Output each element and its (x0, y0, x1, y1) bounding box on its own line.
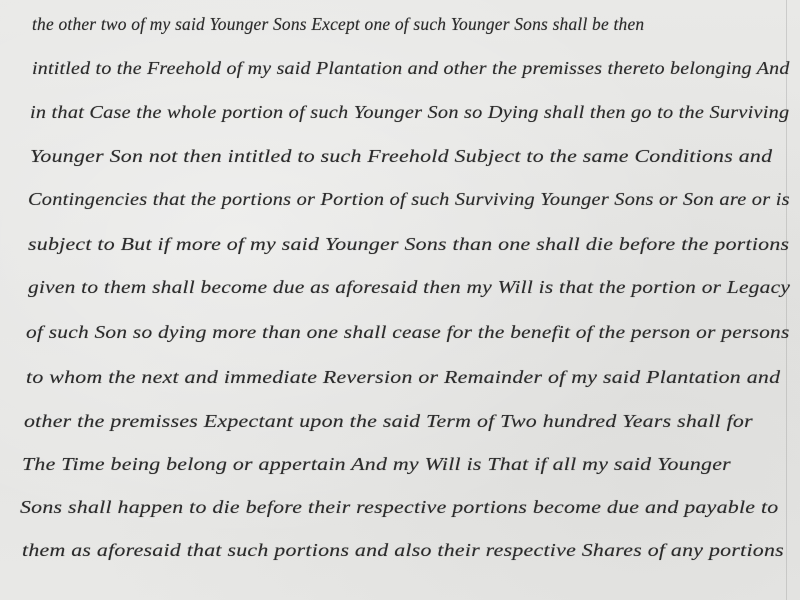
manuscript-line-4: Younger Son not then intitled to such Fr… (30, 146, 772, 167)
manuscript-line-6: subject to But if more of my said Younge… (28, 234, 789, 255)
manuscript-line-10: other the premisses Expectant upon the s… (24, 411, 753, 432)
manuscript-line-5: Contingencies that the portions or Porti… (28, 189, 790, 210)
manuscript-line-2: intitled to the Freehold of my said Plan… (32, 58, 790, 79)
manuscript-line-8: of such Son so dying more than one shall… (26, 322, 790, 343)
manuscript-line-11: The Time being belong or appertain And m… (22, 454, 731, 475)
manuscript-line-3: in that Case the whole portion of such Y… (30, 102, 789, 123)
manuscript-line-1: the other two of my said Younger Sons Ex… (32, 14, 790, 35)
manuscript-line-13: them as aforesaid that such portions and… (22, 540, 784, 561)
manuscript-line-9: to whom the next and immediate Reversion… (26, 367, 780, 388)
manuscript-line-7: given to them shall become due as afores… (28, 277, 790, 298)
page-edge-line (786, 0, 787, 600)
manuscript-line-12: Sons shall happen to die before their re… (20, 497, 778, 518)
manuscript-page: the other two of my said Younger Sons Ex… (0, 0, 800, 600)
